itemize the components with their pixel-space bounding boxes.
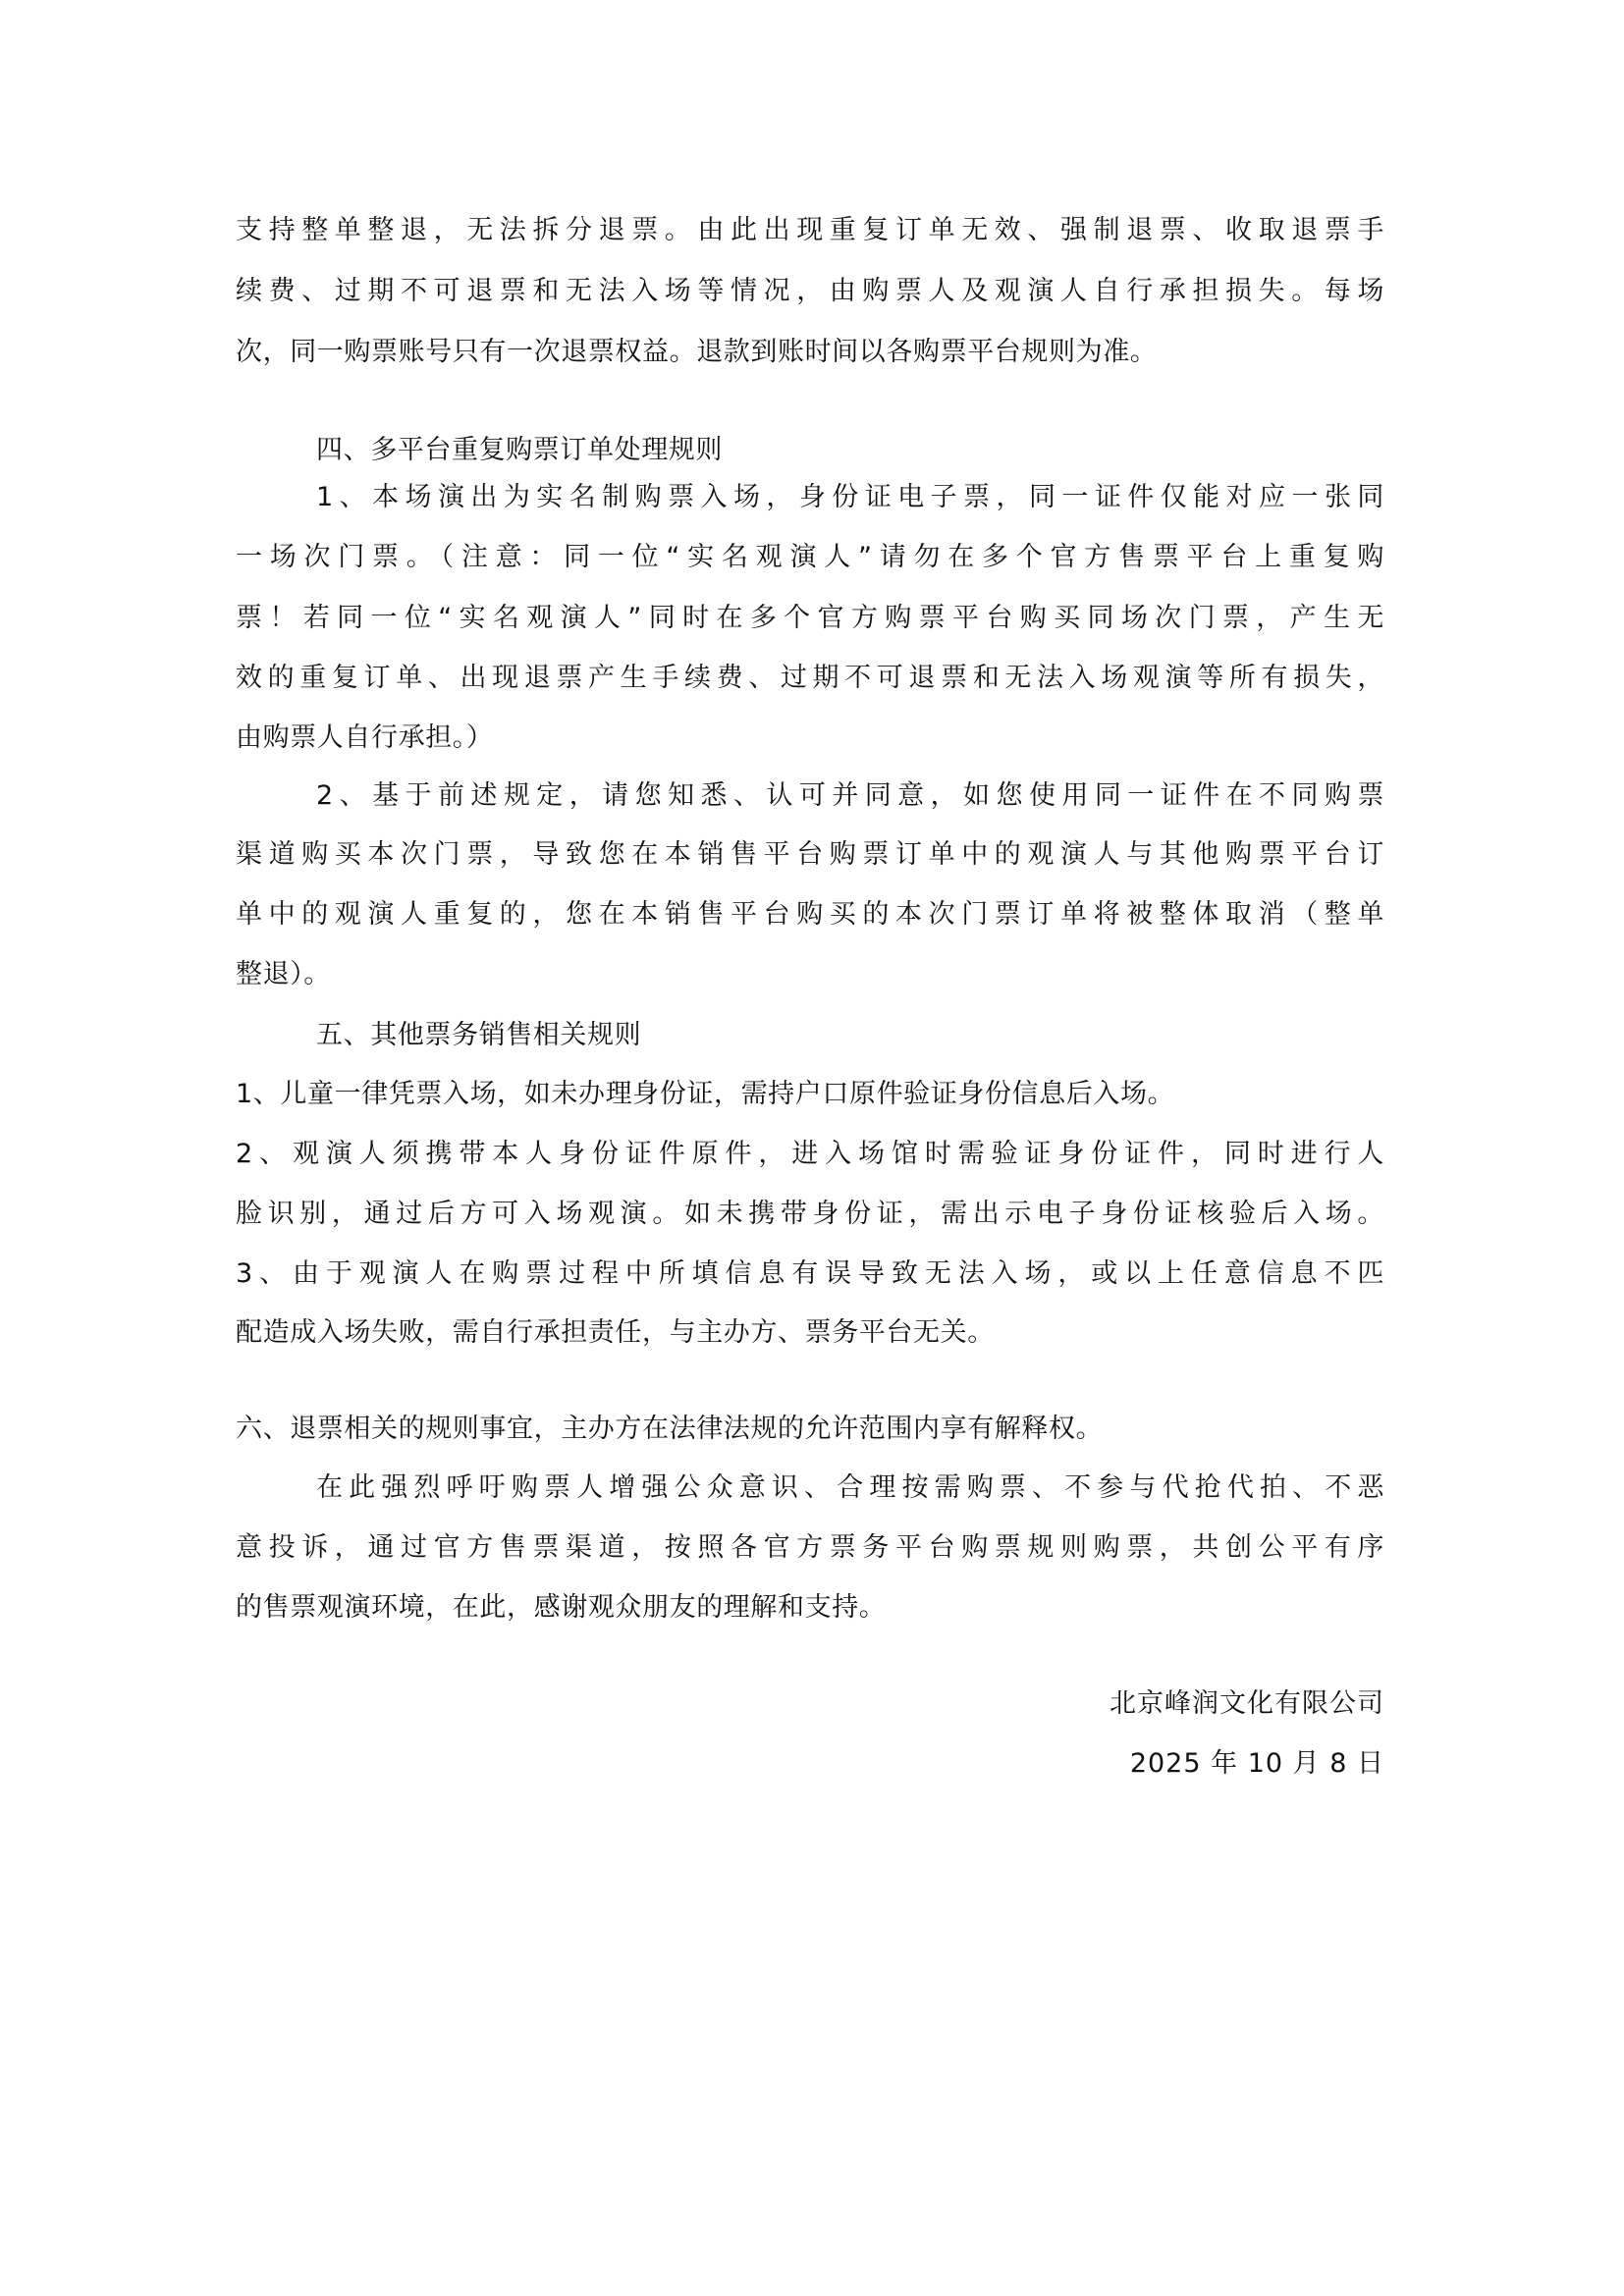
paragraph-line: 意投诉，通过官方售票渠道，按照各官方票务平台购票规则购票，共创公平有序 (236, 1530, 1384, 1566)
signature-company: 北京峰润文化有限公司 (1110, 1686, 1384, 1722)
paragraph-line: 的售票观演环境，在此，感谢观众朋友的理解和支持。 (236, 1590, 1384, 1626)
list-item: 脸识别，通过后方可入场观演。如未携带身份证，需出示电子身份证核验后入场。 (236, 1197, 1384, 1232)
paragraph-line: 单中的观演人重复的，您在本销售平台购买的本次门票订单将被整体取消（整单 (236, 897, 1384, 933)
list-item: 3、由于观演人在购票过程中所填信息有误导致无法入场，或以上任意信息不匹 (236, 1256, 1384, 1292)
paragraph-line: 由购票人自行承担。） (236, 721, 1384, 756)
paragraph-line: 1、本场演出为实名制购票入场，身份证电子票，同一证件仅能对应一张同 (316, 480, 1384, 515)
paragraph-line: 效的重复订单、出现退票产生手续费、过期不可退票和无法入场观演等所有损失， (236, 661, 1384, 696)
section-heading-6: 六、退票相关的规则事宜，主办方在法律法规的允许范围内享有解释权。 (236, 1412, 1384, 1447)
paragraph-line: 一场次门票。（注意：同一位“实名观演人”请勿在多个官方售票平台上重复购 (236, 540, 1384, 575)
section-heading-5: 五、其他票务销售相关规则 (316, 1018, 1384, 1053)
list-item: 1、儿童一律凭票入场，如未办理身份证，需持户口原件验证身份信息后入场。 (236, 1077, 1384, 1112)
paragraph-line: 整退）。 (236, 957, 1384, 992)
paragraph-line: 在此强烈呼吁购票人增强公众意识、合理按需购票、不参与代抢代拍、不恶 (316, 1470, 1384, 1506)
paragraph-line: 支持整单整退，无法拆分退票。由此出现重复订单无效、强制退票、收取退票手 (236, 213, 1384, 248)
paragraph-line: 次，同一购票账号只有一次退票权益。退款到账时间以各购票平台规则为准。 (236, 335, 1384, 370)
paragraph-line: 渠道购买本次门票，导致您在本销售平台购票订单中的观演人与其他购票平台订 (236, 837, 1384, 873)
paragraph-line: 续费、过期不可退票和无法入场等情况，由购票人及观演人自行承担损失。每场 (236, 274, 1384, 309)
paragraph-line: 票！若同一位“实名观演人”同时在多个官方购票平台购买同场次门票，产生无 (236, 601, 1384, 636)
list-item: 配造成入场失败，需自行承担责任，与主办方、票务平台无关。 (236, 1315, 1384, 1351)
document-page: 支持整单整退，无法拆分退票。由此出现重复订单无效、强制退票、收取退票手 续费、过… (0, 0, 1624, 2296)
signature-date: 2025 年 10 月 8 日 (1130, 1746, 1384, 1782)
section-heading-4: 四、多平台重复购票订单处理规则 (316, 433, 1384, 468)
paragraph-line: 2、基于前述规定，请您知悉、认可并同意，如您使用同一证件在不同购票 (316, 778, 1384, 814)
list-item: 2、观演人须携带本人身份证件原件，进入场馆时需验证身份证件，同时进行人 (236, 1137, 1384, 1172)
